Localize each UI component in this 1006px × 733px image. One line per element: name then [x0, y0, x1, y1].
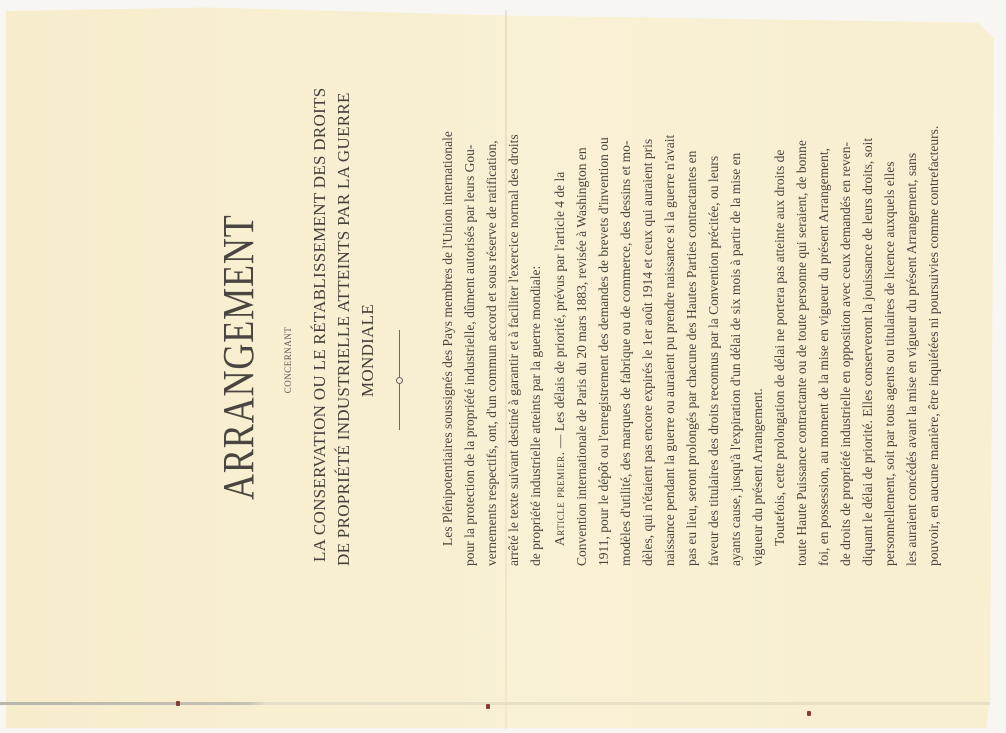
toutefois-line: les auraient concédés avant la mise en v… — [904, 153, 920, 566]
article-line: faveur des titulaires des droits reconnu… — [706, 156, 722, 566]
article-line: — Les délais de priorité, prévus par l'a… — [552, 172, 567, 448]
concernant-label: CONCERNANT — [283, 320, 293, 400]
staple-mark — [486, 704, 490, 709]
subtitle-line: DE PROPRIÉTÉ INDUSTRIELLE ATTEINTS PAR L… — [334, 92, 354, 566]
toutefois-line: Toutefois, cette prolongation de délai n… — [772, 150, 788, 546]
toutefois-line: pouvoir, en aucune manière, être inquiét… — [926, 126, 942, 566]
staple-mark — [176, 701, 180, 706]
toutefois-line: diquant le délai de priorité. Elles cons… — [860, 138, 876, 566]
article-line: Convention internationale de Paris du 20… — [574, 147, 590, 566]
subtitle-line: LA CONSERVATION OU LE RÉTABLISSEMENT DES… — [310, 88, 330, 563]
subtitle-line: MONDIALE — [358, 304, 378, 397]
preamble-line: vernements respectifs, ont, d'un commun … — [484, 140, 500, 566]
toutefois-line: toute Haute Puissance contractante ou de… — [794, 140, 810, 566]
preamble-line: de propriété industrielle atteints par l… — [528, 266, 544, 566]
preamble-line: arrêté le texte suivant destiné à garant… — [506, 134, 522, 566]
article-line: 1911, pour le dépôt ou l'enregistrement … — [596, 137, 612, 566]
article-line: pas eu lieu, seront prolongés par chacun… — [684, 151, 700, 566]
article-line: ayants cause, jusqu'à l'expiration d'un … — [728, 153, 744, 566]
article-line: vigueur du présent Arrangement. — [750, 388, 766, 566]
article-line: modèles d'utilité, des marques de fabriq… — [618, 141, 634, 566]
toutefois-line: personnellement, soit par tous agents ou… — [882, 161, 898, 566]
article-heading: Article premier. — [552, 452, 567, 546]
staple-mark — [807, 711, 811, 716]
article-line: naissance pendant la guerre ou auraient … — [662, 135, 678, 566]
document-title: ARRANGEMENT — [213, 295, 264, 500]
preamble-line: Les Plénipotentiaires soussignés des Pay… — [440, 131, 456, 546]
bottom-fold-edge — [0, 702, 990, 705]
preamble-line: pour la protection de la propriété indus… — [462, 145, 478, 566]
article-line: dèles, qui n'étaient pas encore expirés … — [640, 139, 656, 566]
toutefois-line: de droits de propriété industrielle en o… — [838, 142, 854, 566]
toutefois-line: foi, en possession, au moment de la mise… — [816, 148, 832, 566]
article-heading-line: Article premier. — Les délais de priorit… — [552, 172, 568, 546]
divider-ornament-icon — [396, 377, 403, 384]
